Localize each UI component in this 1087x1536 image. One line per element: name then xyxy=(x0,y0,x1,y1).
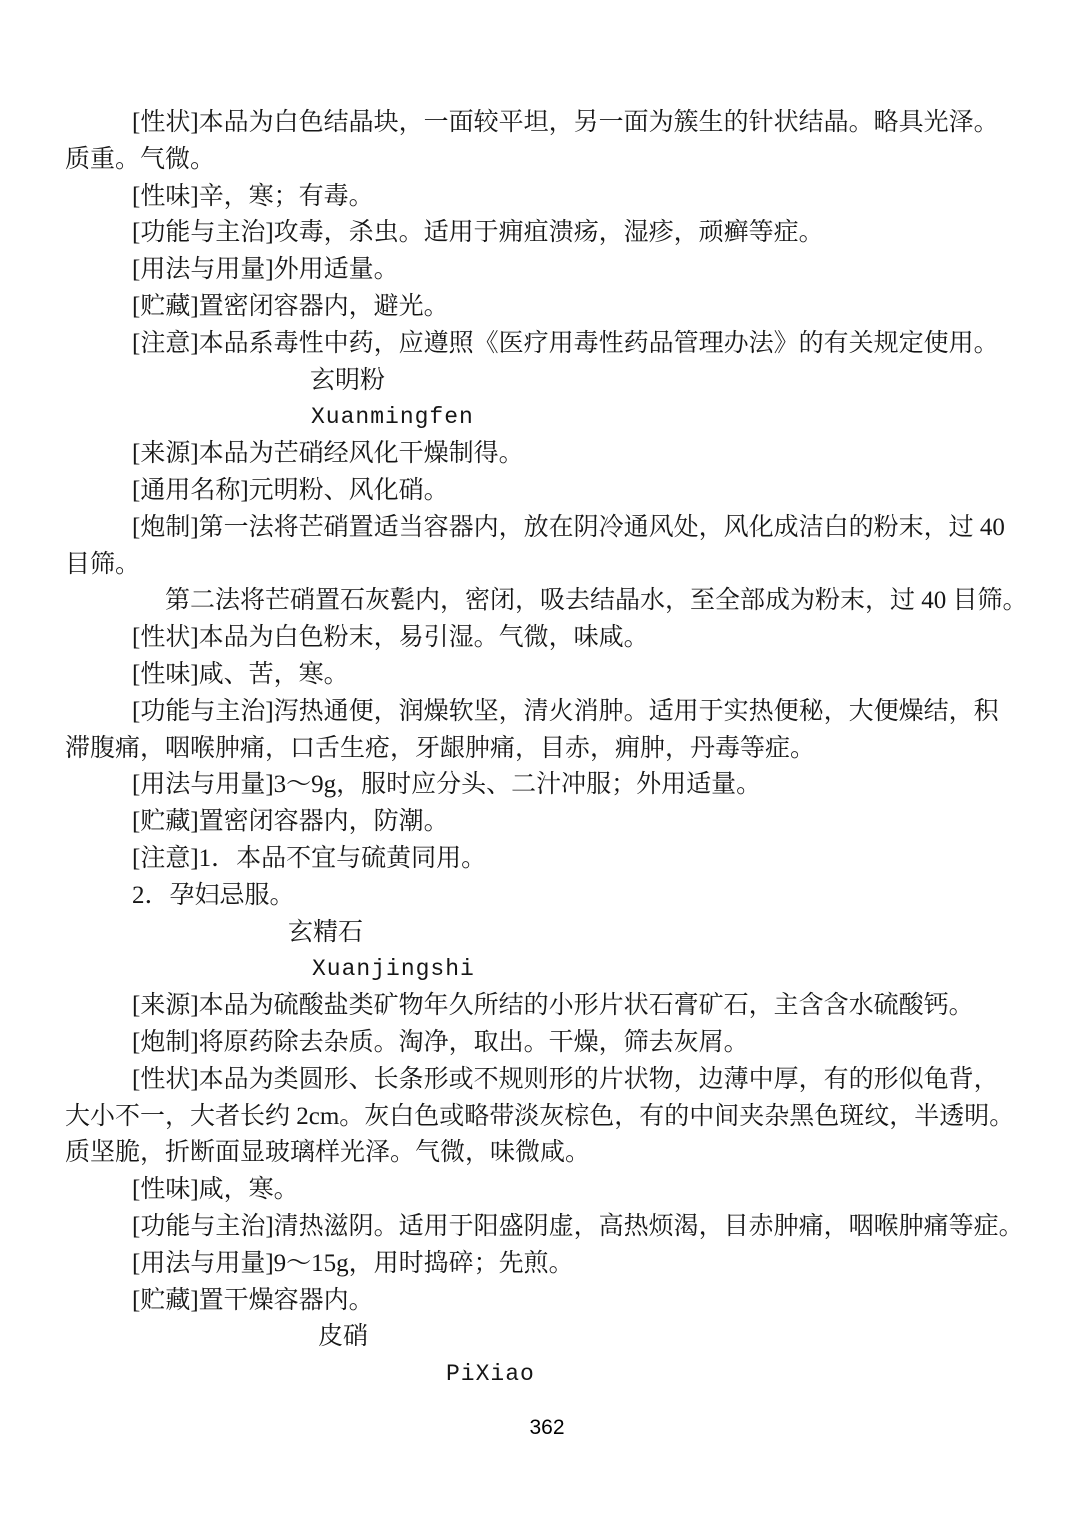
text-line: [注意]本品系毒性中药，应遵照《医疗用毒性药品管理办法》的有关规定使用。 xyxy=(65,326,1029,363)
document-page: [性状]本品为白色结晶块，一面较平坦，另一面为簇生的针状结晶。略具光泽。 质重。… xyxy=(0,0,1087,1536)
text-line: [功能与主治]清热滋阴。适用于阳盛阴虚，高热烦渴，目赤肿痛，咽喉肿痛等症。 xyxy=(65,1209,1029,1246)
entry-pinyin-xuanjingshi: Xuanjingshi xyxy=(65,951,1029,988)
entry-pinyin-xuanmingfen: Xuanmingfen xyxy=(65,399,1029,436)
page-number: 362 xyxy=(65,1415,1029,1441)
text-line: 质重。气微。 xyxy=(65,142,1029,179)
entry-pixiao: 皮硝 PiXiao xyxy=(65,1319,1029,1393)
entry-xuanjingshi: 玄精石 Xuanjingshi [来源]本品为硫酸盐类矿物年久所结的小形片状石膏… xyxy=(65,915,1029,1320)
text-line: [来源]本品为硫酸盐类矿物年久所结的小形片状石膏矿石，主含含水硫酸钙。 xyxy=(65,988,1029,1025)
text-line: [贮藏]置密闭容器内，避光。 xyxy=(65,289,1029,326)
text-line: [性味]咸、苦，寒。 xyxy=(65,657,1029,694)
text-line: [贮藏]置干燥容器内。 xyxy=(65,1283,1029,1320)
text-line: 第二法将芒硝置石灰甏内，密闭，吸去结晶水，至全部成为粉末，过 40 目筛。 xyxy=(65,583,1029,620)
text-line: [性状]本品为类圆形、长条形或不规则形的片状物，边薄中厚，有的形似龟背， xyxy=(65,1062,1029,1099)
text-line: [用法与用量]3～9g，服时应分头、二汁冲服；外用适量。 xyxy=(65,767,1029,804)
text-line: 滞腹痛，咽喉肿痛，口舌生疮，牙龈肿痛，目赤，痈肿，丹毒等症。 xyxy=(65,731,1029,768)
text-line: [性状]本品为白色粉末，易引湿。气微，味咸。 xyxy=(65,620,1029,657)
text-line: [功能与主治]泻热通便，润燥软坚，清火消肿。适用于实热便秘，大便燥结，积 xyxy=(65,694,1029,731)
entry-title-pixiao: 皮硝 xyxy=(65,1319,1029,1356)
entry-title-xuanmingfen: 玄明粉 xyxy=(65,363,1029,400)
text-line: 2．孕妇忌服。 xyxy=(65,878,1029,915)
text-line: [注意]1．本品不宜与硫黄同用。 xyxy=(65,841,1029,878)
entry-xuanmingfen: 玄明粉 Xuanmingfen [来源]本品为芒硝经风化干燥制得。 [通用名称]… xyxy=(65,363,1029,915)
text-line: 目筛。 xyxy=(65,547,1029,584)
text-line: [用法与用量]外用适量。 xyxy=(65,252,1029,289)
text-line: 质坚脆，折断面显玻璃样光泽。气微，味微咸。 xyxy=(65,1135,1029,1172)
text-line: 大小不一，大者长约 2cm。灰白色或略带淡灰棕色，有的中间夹杂黑色斑纹，半透明。 xyxy=(65,1099,1029,1136)
entry-title-xuanjingshi: 玄精石 xyxy=(65,915,1029,952)
entry-pinyin-pixiao: PiXiao xyxy=(65,1356,1029,1393)
text-line: [炮制]第一法将芒硝置适当容器内，放在阴冷通风处，风化成洁白的粉末，过 40 xyxy=(65,510,1029,547)
text-line: [性状]本品为白色结晶块，一面较平坦，另一面为簇生的针状结晶。略具光泽。 xyxy=(65,105,1029,142)
text-line: [性味]咸，寒。 xyxy=(65,1172,1029,1209)
text-line: [性味]辛，寒；有毒。 xyxy=(65,179,1029,216)
entry-continued: [性状]本品为白色结晶块，一面较平坦，另一面为簇生的针状结晶。略具光泽。 质重。… xyxy=(65,105,1029,363)
text-line: [功能与主治]攻毒，杀虫。适用于痈疽溃疡，湿疹，顽癣等症。 xyxy=(65,215,1029,252)
text-line: [通用名称]元明粉、风化硝。 xyxy=(65,473,1029,510)
text-line: [贮藏]置密闭容器内，防潮。 xyxy=(65,804,1029,841)
text-line: [炮制]将原药除去杂质。淘净，取出。干燥，筛去灰屑。 xyxy=(65,1025,1029,1062)
text-line: [用法与用量]9～15g，用时捣碎；先煎。 xyxy=(65,1246,1029,1283)
text-line: [来源]本品为芒硝经风化干燥制得。 xyxy=(65,436,1029,473)
